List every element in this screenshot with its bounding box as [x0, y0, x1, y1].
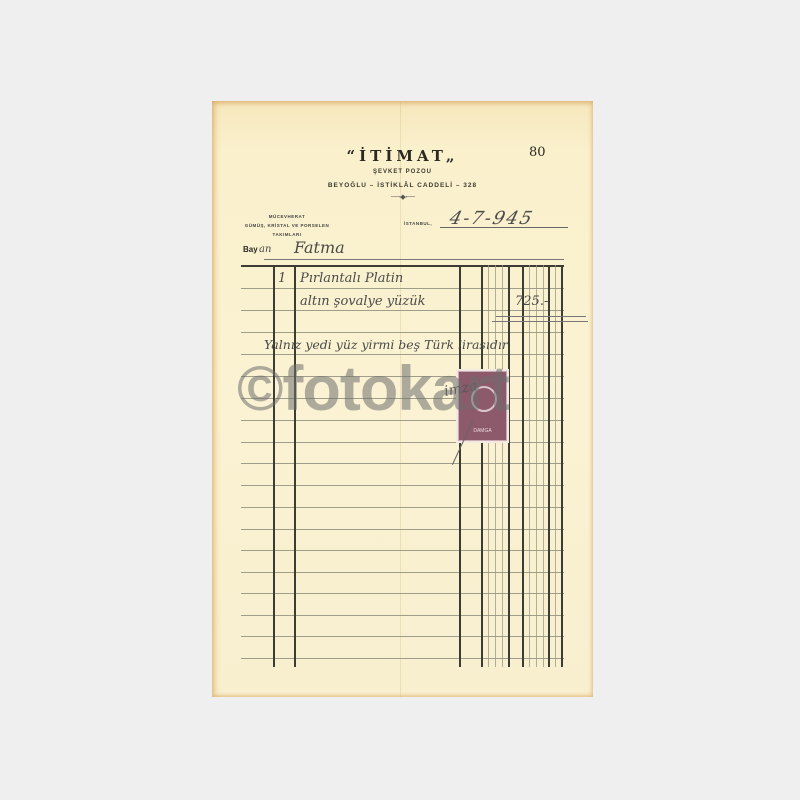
row-line	[241, 332, 564, 333]
column-rule-thin	[502, 265, 503, 667]
customer-name: Fatma	[294, 238, 345, 257]
column-rule	[561, 265, 563, 667]
row-line	[241, 658, 564, 659]
column-rule-qty	[273, 265, 275, 667]
row-line	[241, 572, 564, 573]
column-rule	[481, 265, 483, 667]
column-rule-desc	[294, 265, 296, 667]
invoice-number: 80	[529, 145, 546, 160]
customer-underline	[264, 259, 564, 260]
column-rule	[522, 265, 524, 667]
total-in-words: Yalnız yedi yüz yirmi beş Türk lirasıdır	[264, 337, 508, 352]
total-underline	[492, 321, 588, 322]
item-amount: 725.-	[515, 294, 548, 309]
column-rule-thin	[488, 265, 489, 667]
city-label: İSTANBUL,	[404, 221, 432, 226]
item-description-line2: altın şovalye yüzük	[300, 294, 426, 309]
column-rule	[548, 265, 550, 667]
row-line	[241, 463, 564, 464]
item-qty: 1	[278, 271, 286, 286]
column-rule-thin	[495, 265, 496, 667]
row-line	[241, 485, 564, 486]
column-rule-thin	[529, 265, 530, 667]
watermark: ©fotokart	[237, 358, 509, 421]
row-line	[241, 529, 564, 530]
customer-prefix: an	[259, 244, 271, 255]
customer-label: Bay	[243, 245, 258, 254]
table-top-rule	[241, 265, 564, 267]
row-line	[241, 507, 564, 508]
row-line	[241, 593, 564, 594]
proprietor-name: ŞEVKET POZOU	[212, 169, 593, 175]
business-line: MÜCEVHERAT	[232, 212, 342, 221]
ornament-divider: ──◦◆◦──	[212, 193, 593, 201]
business-line: GÜMÜŞ, KRİSTAL VE PORSELEN	[232, 221, 342, 230]
column-rule	[508, 265, 510, 667]
column-rule-thin	[543, 265, 544, 667]
total-underline	[496, 316, 586, 317]
column-rule	[459, 265, 461, 667]
row-line	[241, 442, 564, 443]
row-line	[241, 615, 564, 616]
handwritten-date: 4-7-945	[447, 208, 536, 229]
column-rule-thin	[555, 265, 556, 667]
column-rule-thin	[536, 265, 537, 667]
row-line	[241, 550, 564, 551]
item-description-line1: Pırlantalı Platin	[300, 271, 403, 286]
row-line	[241, 636, 564, 637]
company-address: BEYOĞLU – İSTİKLÂL CADDELİ – 328	[212, 182, 593, 189]
row-line	[241, 288, 564, 289]
row-line	[241, 310, 564, 311]
